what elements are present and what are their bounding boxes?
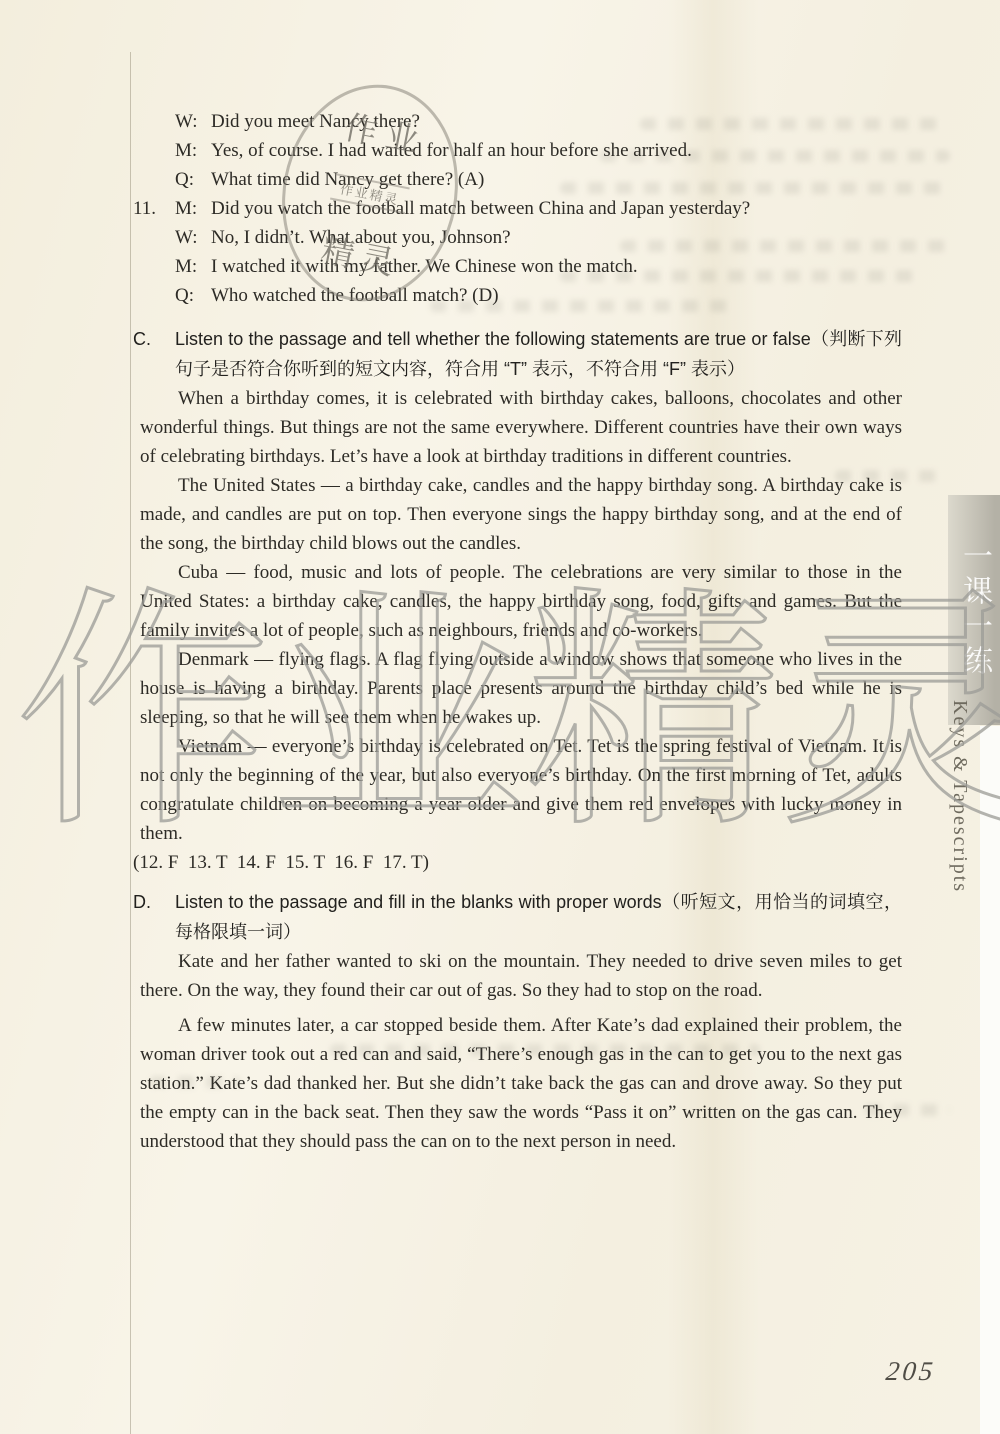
page-fold-line	[130, 52, 131, 1434]
dialogue-line: M: Did you watch the football match betw…	[175, 194, 902, 223]
section-label: C.	[133, 324, 175, 384]
dialogue-text: What time did Nancy get there? (A)	[211, 165, 484, 194]
instruction-english: Listen to the passage and fill in the bl…	[175, 892, 662, 912]
speaker-label: W:	[175, 107, 211, 136]
dialogue-text: Did you watch the football match between…	[211, 194, 750, 223]
speaker-label: M:	[175, 136, 211, 165]
dialogue-text: I watched it with my father. We Chinese …	[211, 252, 638, 281]
passage-paragraph: Vietnam — everyone’s birthday is celebra…	[140, 732, 902, 848]
dialogue-line: W: Did you meet Nancy there?	[175, 107, 902, 136]
section-label: D.	[133, 887, 175, 947]
section-instruction: Listen to the passage and fill in the bl…	[175, 887, 902, 947]
page-number: 205	[884, 1356, 937, 1387]
answer-key-line: (12. F 13. T 14. F 15. T 16. F 17. T)	[133, 848, 902, 877]
series-label: 一课一练	[952, 540, 996, 680]
section-instruction: Listen to the passage and tell whether t…	[175, 324, 902, 384]
section-d-heading: D. Listen to the passage and fill in the…	[133, 887, 902, 947]
speaker-label: M:	[175, 252, 211, 281]
speaker-label: Q:	[175, 165, 211, 194]
item-number: 11.	[133, 194, 175, 310]
instruction-english: Listen to the passage and tell whether t…	[175, 329, 811, 349]
dialogue-text: Yes, of course. I had waited for half an…	[211, 136, 692, 165]
chapter-title-vertical: Keys & Tapescripts	[948, 700, 971, 893]
dialogue-line: Q: What time did Nancy get there? (A)	[175, 165, 902, 194]
speaker-label: Q:	[175, 281, 211, 310]
dialogue-line: M: I watched it with my father. We Chine…	[175, 252, 902, 281]
dialogue-text: No, I didn’t. What about you, Johnson?	[211, 223, 511, 252]
dialogue-text: Did you meet Nancy there?	[211, 107, 420, 136]
dialogue-line: W: No, I didn’t. What about you, Johnson…	[175, 223, 902, 252]
speaker-label: W:	[175, 223, 211, 252]
edge-tab: 一课一练	[948, 495, 1000, 725]
passage-paragraph: Denmark — flying flags. A flag flying ou…	[140, 645, 902, 732]
dialogue-block-10: W: Did you meet Nancy there? M: Yes, of …	[175, 107, 902, 194]
transcript-column: W: Did you meet Nancy there? M: Yes, of …	[140, 107, 902, 1156]
passage-paragraph: The United States — a birthday cake, can…	[140, 471, 902, 558]
dialogue-line: M: Yes, of course. I had waited for half…	[175, 136, 902, 165]
speaker-label: M:	[175, 194, 211, 223]
passage-paragraph: When a birthday comes, it is celebrated …	[140, 384, 902, 471]
section-c-heading: C. Listen to the passage and tell whethe…	[133, 324, 902, 384]
scanned-book-page: { "page": { "number": "205", "watermark_…	[0, 0, 1000, 1434]
dialogue-text: Who watched the football match? (D)	[211, 281, 499, 310]
dialogue-line: Q: Who watched the football match? (D)	[175, 281, 902, 310]
passage-paragraph: Kate and her father wanted to ski on the…	[140, 947, 902, 1005]
passage-paragraph: Cuba — food, music and lots of people. T…	[140, 558, 902, 645]
dialogue-item-11: 11. M: Did you watch the football match …	[133, 194, 902, 310]
passage-paragraph: A few minutes later, a car stopped besid…	[140, 1011, 902, 1156]
page-edge-strip	[980, 726, 1000, 1434]
dialogue-block-11: M: Did you watch the football match betw…	[175, 194, 902, 310]
